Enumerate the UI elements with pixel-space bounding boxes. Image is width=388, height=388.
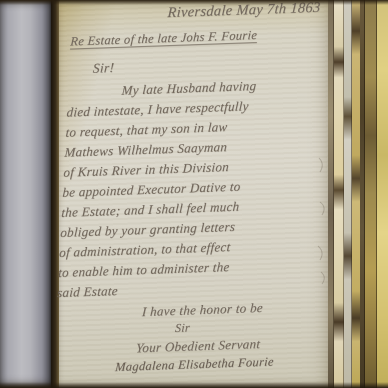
letter-subject: Re Estate of the late Johs F. Fourie <box>70 26 323 50</box>
letter-salutation: Sir! <box>92 53 321 77</box>
closing-line: Your Obedient Servant <box>136 334 307 355</box>
torn-paper-strip <box>377 0 388 388</box>
letter-page: Riversdale May 7th 1863 Re Estate of the… <box>59 0 332 388</box>
left-page-edge <box>0 0 51 388</box>
letter-closing: I have the honor to be Sir Your Obedient… <box>53 298 309 377</box>
torn-pages-edge <box>328 0 388 388</box>
photo-top-edge <box>0 0 388 5</box>
photo-bottom-edge <box>0 382 388 388</box>
closing-line: Sir <box>175 316 308 336</box>
manuscript-photo: Riversdale May 7th 1863 Re Estate of the… <box>0 0 388 388</box>
letter-body: My late Husband having died intestate, I… <box>57 74 320 303</box>
handwritten-letter: Riversdale May 7th 1863 Re Estate of the… <box>53 0 324 377</box>
letter-signature: Magdalena Elisabetha Fourie <box>115 353 306 375</box>
closing-line: I have the honor to be <box>142 298 309 319</box>
